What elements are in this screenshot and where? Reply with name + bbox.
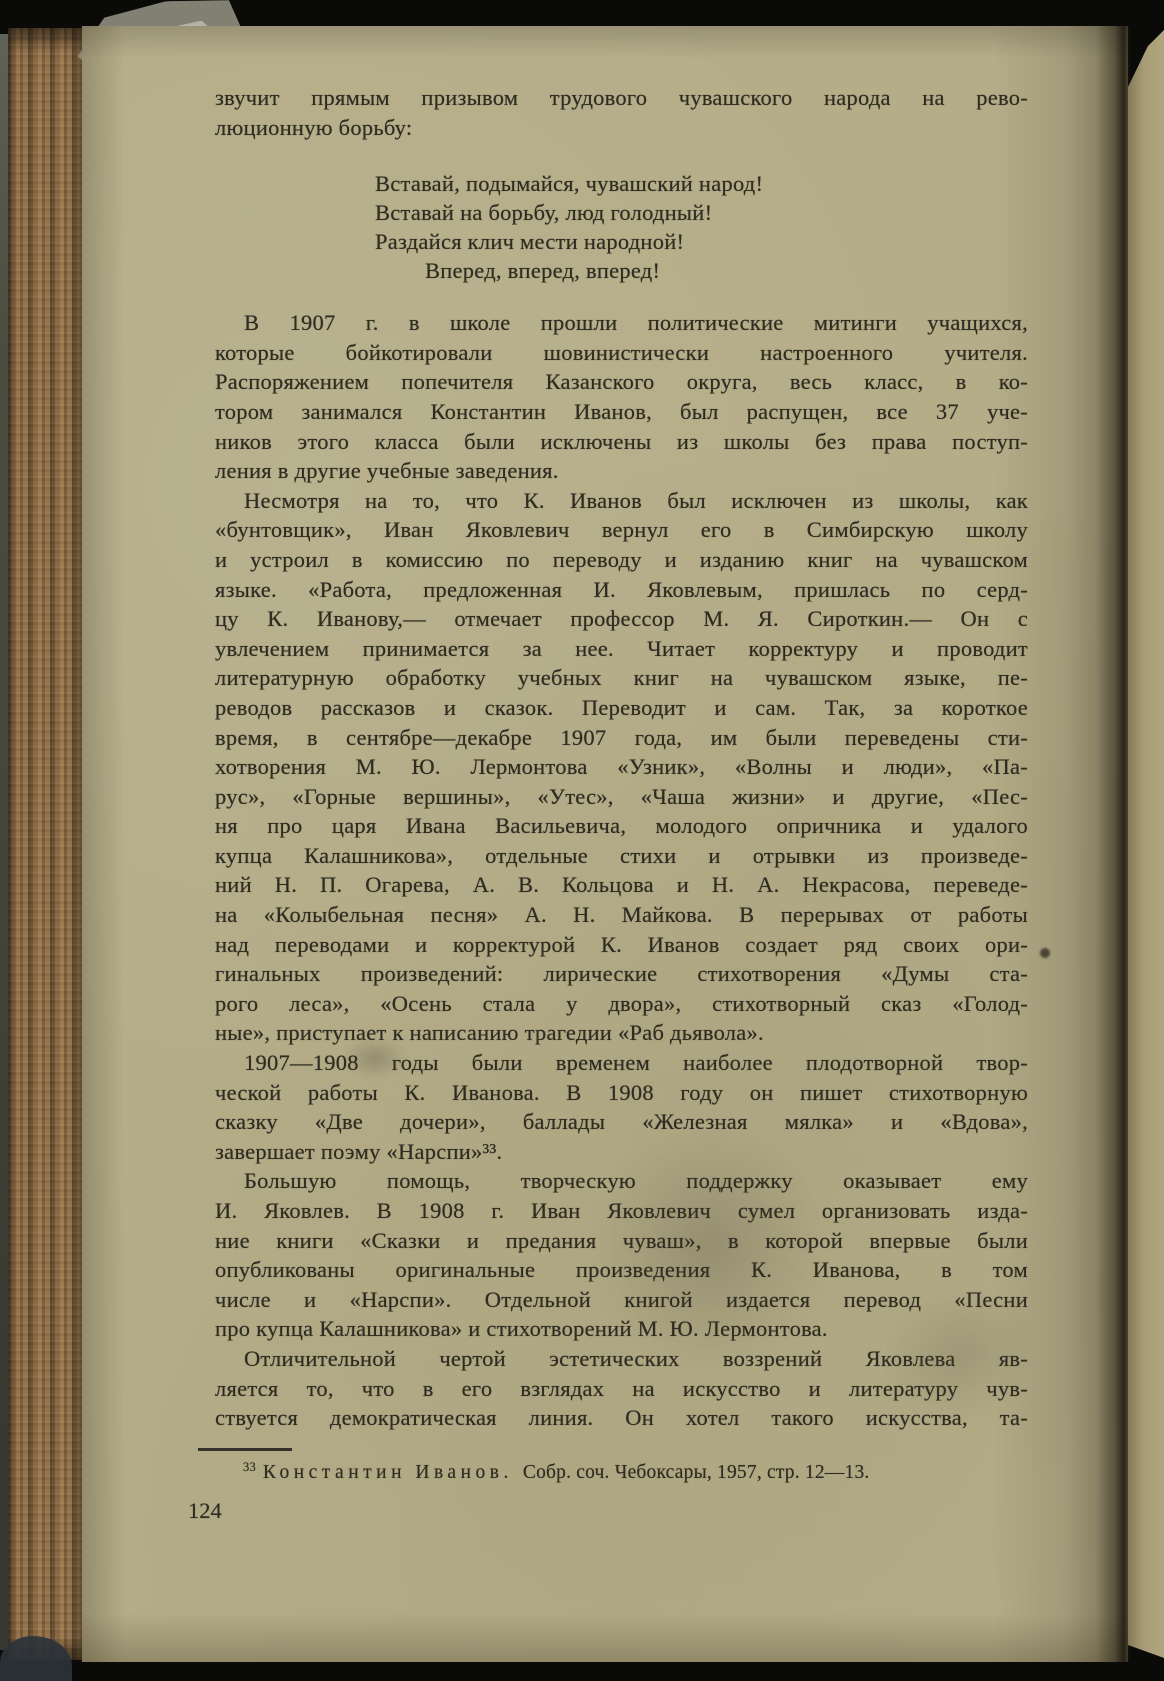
text-line: которые бойкотировали шовинистически нас…	[215, 338, 1028, 368]
body-paragraph: Большую помощь, творческую поддержку ока…	[215, 1166, 1028, 1344]
text-column: звучит прямым призывом трудового чувашск…	[215, 83, 1028, 1433]
text-line: и устроил в комиссию по переводу и издан…	[215, 545, 1028, 575]
text-line: Вперед, вперед, вперед!	[375, 256, 1028, 285]
text-line: над переводами и корректурой К. Иванов с…	[215, 930, 1028, 960]
text-line: звучит прямым призывом трудового чувашск…	[215, 83, 1028, 113]
text-line: цу К. Иванову,— отмечает профессор М. Я.…	[215, 604, 1028, 634]
text-line: ние книги «Сказки и предания чуваш», в к…	[215, 1226, 1028, 1256]
text-line: Раздайся клич мести народной!	[375, 227, 1028, 256]
intro-paragraph: звучит прямым призывом трудового чувашск…	[215, 83, 1028, 142]
text-line: Несмотря на то, что К. Иванов был исключ…	[215, 486, 1028, 516]
text-line: время, в сентябре—декабре 1907 года, им …	[215, 723, 1028, 753]
text-line: рого леса», «Осень стала у двора», стихо…	[215, 989, 1028, 1019]
text-line: языке. «Работа, предложенная И. Яковлевы…	[215, 575, 1028, 605]
footnote: 33Константин Иванов.Собр. соч. Чебоксары…	[215, 1448, 1028, 1485]
footnote-text: 33Константин Иванов.Собр. соч. Чебоксары…	[215, 1460, 1028, 1485]
text-line: гинальных произведений: лирические стихо…	[215, 959, 1028, 989]
gutter-shadow	[1096, 26, 1130, 1662]
text-line: ляется то, что в его взглядах на искусст…	[215, 1374, 1028, 1404]
text-line: опубликованы оригинальные произведения К…	[215, 1255, 1028, 1285]
footnote-citation: Собр. соч. Чебоксары, 1957, стр. 12—13.	[523, 1462, 870, 1483]
text-line: В 1907 г. в школе прошли политические ми…	[215, 308, 1028, 338]
text-line: ные», приступает к написанию трагедии «Р…	[215, 1018, 1028, 1048]
body-paragraph: Несмотря на то, что К. Иванов был исключ…	[215, 486, 1028, 1048]
text-line: реводов рассказов и сказок. Переводит и …	[215, 693, 1028, 723]
text-line: увлечением принимается за нее. Читает ко…	[215, 634, 1028, 664]
text-line: Вставай, подымайся, чувашский народ!	[375, 169, 1028, 198]
body-paragraph: 1907—1908 годы были временем наиболее пл…	[215, 1048, 1028, 1166]
text-line: И. Яковлев. В 1908 г. Иван Яковлевич сум…	[215, 1196, 1028, 1226]
text-line: сказку «Две дочери», баллады «Железная м…	[215, 1107, 1028, 1137]
text-line: ствуется демократическая линия. Он хотел…	[215, 1403, 1028, 1433]
text-line: ления в другие учебные заведения.	[215, 456, 1028, 486]
text-line: хотворения М. Ю. Лермонтова «Узник», «Во…	[215, 752, 1028, 782]
page-number: 124	[188, 1498, 222, 1524]
footnote-marker: 33	[243, 1460, 256, 1474]
text-line: купца Калашникова», отдельные стихи и от…	[215, 841, 1028, 871]
text-line: ний Н. П. Огарева, А. В. Кольцова и Н. А…	[215, 870, 1028, 900]
text-line: ников этого класса были исключены из шко…	[215, 427, 1028, 457]
text-line: Распоряжением попечителя Казанского окру…	[215, 367, 1028, 397]
poem-quotation: Вставай, подымайся, чувашский народ!Вста…	[375, 169, 1028, 285]
adjacent-page-edge	[1128, 30, 1164, 1658]
page-edge-stack	[8, 28, 84, 1660]
text-line: тором занимался Константин Иванов, был р…	[215, 397, 1028, 427]
text-line: ческой работы К. Иванова. В 1908 году он…	[215, 1078, 1028, 1108]
text-line: на «Колыбельная песня» А. Н. Майкова. В …	[215, 900, 1028, 930]
text-line: литературную обработку учебных книг на ч…	[215, 663, 1028, 693]
text-line: Отличительной чертой эстетических воззре…	[215, 1344, 1028, 1374]
text-line: «бунтовщик», Иван Яковлевич вернул его в…	[215, 515, 1028, 545]
text-line: рус», «Горные вершины», «Утес», «Чаша жи…	[215, 782, 1028, 812]
footnote-separator-rule	[198, 1448, 292, 1451]
book-page: звучит прямым призывом трудового чувашск…	[82, 26, 1128, 1662]
scanned-book-photo: звучит прямым призывом трудового чувашск…	[0, 0, 1164, 1681]
text-line: 1907—1908 годы были временем наиболее пл…	[215, 1048, 1028, 1078]
text-line: ня про царя Ивана Васильевича, молодого …	[215, 811, 1028, 841]
body-paragraph: В 1907 г. в школе прошли политические ми…	[215, 308, 1028, 486]
text-line: Вставай на борьбу, люд голодный!	[375, 198, 1028, 227]
text-line: Большую помощь, творческую поддержку ока…	[215, 1166, 1028, 1196]
text-line: про купца Калашникова» и стихотворений М…	[215, 1314, 1028, 1344]
text-line: числе и «Нарспи». Отдельной книгой издае…	[215, 1285, 1028, 1315]
body-paragraph: Отличительной чертой эстетических воззре…	[215, 1344, 1028, 1433]
text-line: завершает поэму «Нарспи»³³.	[215, 1137, 1028, 1167]
text-line: люционную борьбу:	[215, 113, 1028, 143]
footnote-author: Константин Иванов.	[263, 1462, 513, 1483]
